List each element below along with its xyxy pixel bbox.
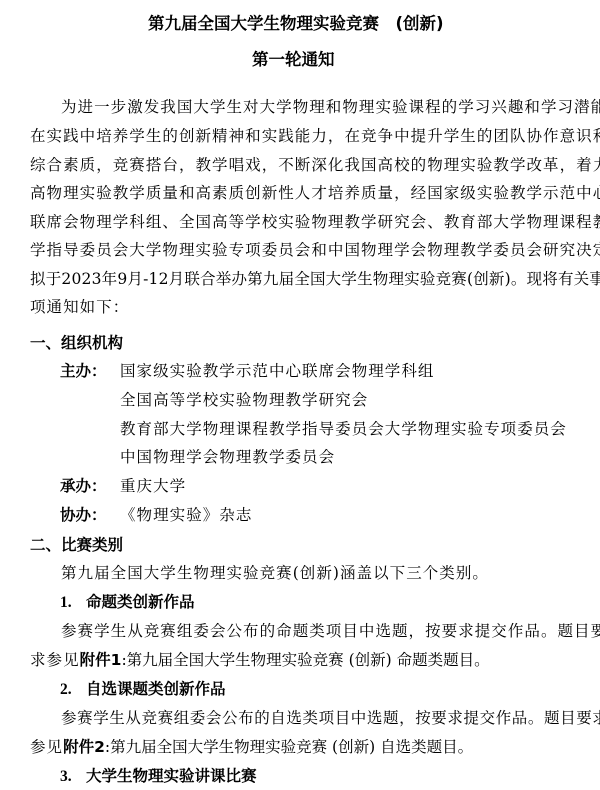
category-number: 1. (60, 593, 86, 613)
intro-line: 学指导委员会大学物理实验专项委员会和中国物理学会物理教学委员会研究决定， (30, 240, 600, 260)
category-number: 2. (60, 680, 86, 700)
host-label: 主办： (60, 361, 120, 381)
host-name: 中国物理学会物理教学委员会 (120, 447, 335, 467)
category-description: 参见附件2:第九届全国大学生物理实验竞赛 (创新) 自选类题目。 (30, 737, 473, 757)
organizer-label: 承办： (60, 476, 120, 496)
categories-intro: 第九届全国大学生物理实验竞赛(创新)涵盖以下三个类别。 (61, 563, 489, 583)
organizer-row: 承办：重庆大学 (60, 476, 186, 496)
host-row: 主办：国家级实验教学示范中心联席会物理学科组 (60, 361, 434, 381)
desc-suffix: :第九届全国大学生物理实验竞赛 (创新) 命题类题目。 (121, 651, 489, 669)
desc-prefix: 参见 (30, 738, 63, 756)
category-title: 自选课题类创新作品 (86, 680, 226, 698)
host-name: 教育部大学物理课程教学指导委员会大学物理实验专项委员会 (120, 419, 567, 439)
category-number: 3. (60, 767, 86, 787)
category-heading: 3.大学生物理实验讲课比赛 (60, 766, 257, 787)
attachment-link: 附件1 (80, 651, 122, 669)
document-subtitle: 第一轮通知 (252, 50, 335, 70)
intro-line: 综合素质，竞赛搭台，教学唱戏，不断深化我国高校的物理实验教学改革，着力提 (30, 155, 600, 175)
section-heading-organization: 一、组织机构 (30, 333, 123, 353)
category-heading: 2.自选课题类创新作品 (60, 679, 226, 700)
section-heading-categories: 二、比赛类别 (30, 535, 123, 555)
category-title: 大学生物理实验讲课比赛 (86, 767, 257, 785)
co-organizer-name: 《物理实验》杂志 (120, 506, 252, 524)
category-description: 求参见附件1:第九届全国大学生物理实验竞赛 (创新) 命题类题目。 (30, 650, 490, 670)
intro-line: 高物理实验教学质量和高素质创新性人才培养质量，经国家级实验教学示范中心 (30, 183, 600, 203)
co-organizer-label: 协办： (60, 505, 120, 525)
attachment-link: 附件2 (63, 738, 105, 756)
organizer-name: 重庆大学 (120, 477, 186, 495)
intro-line: 在实践中培养学生的创新精神和实践能力，在竞争中提升学生的团队协作意识和 (30, 126, 600, 146)
category-description: 参赛学生从竞赛组委会公布的命题类项目中选题，按要求提交作品。题目要 (61, 621, 600, 641)
intro-line: 联席会物理学科组、全国高等学校实验物理教学研究会、教育部大学物理课程教 (30, 212, 600, 232)
intro-line: 为进一步激发我国大学生对大学物理和物理实验课程的学习兴趣和学习潜能， (61, 97, 600, 117)
co-organizer-row: 协办：《物理实验》杂志 (60, 505, 252, 525)
category-title: 命题类创新作品 (86, 593, 195, 611)
desc-prefix: 求参见 (30, 651, 80, 669)
intro-line: 拟于2023年9月-12月联合举办第九届全国大学生物理实验竞赛(创新)。现将有关… (30, 269, 600, 289)
host-name: 全国高等学校实验物理教学研究会 (120, 390, 368, 410)
category-heading: 1.命题类创新作品 (60, 592, 195, 613)
document-title: 第九届全国大学生物理实验竞赛 (创新) (148, 14, 444, 34)
desc-suffix: :第九届全国大学生物理实验竞赛 (创新) 自选类题目。 (105, 738, 473, 756)
intro-line: 项通知如下： (30, 297, 129, 317)
host-name: 国家级实验教学示范中心联席会物理学科组 (120, 362, 434, 380)
category-description: 参赛学生从竞赛组委会公布的自选类项目中选题，按要求提交作品。题目要求 (61, 708, 600, 728)
document-page: 第九届全国大学生物理实验竞赛 (创新) 第一轮通知 为进一步激发我国大学生对大学… (0, 0, 600, 790)
